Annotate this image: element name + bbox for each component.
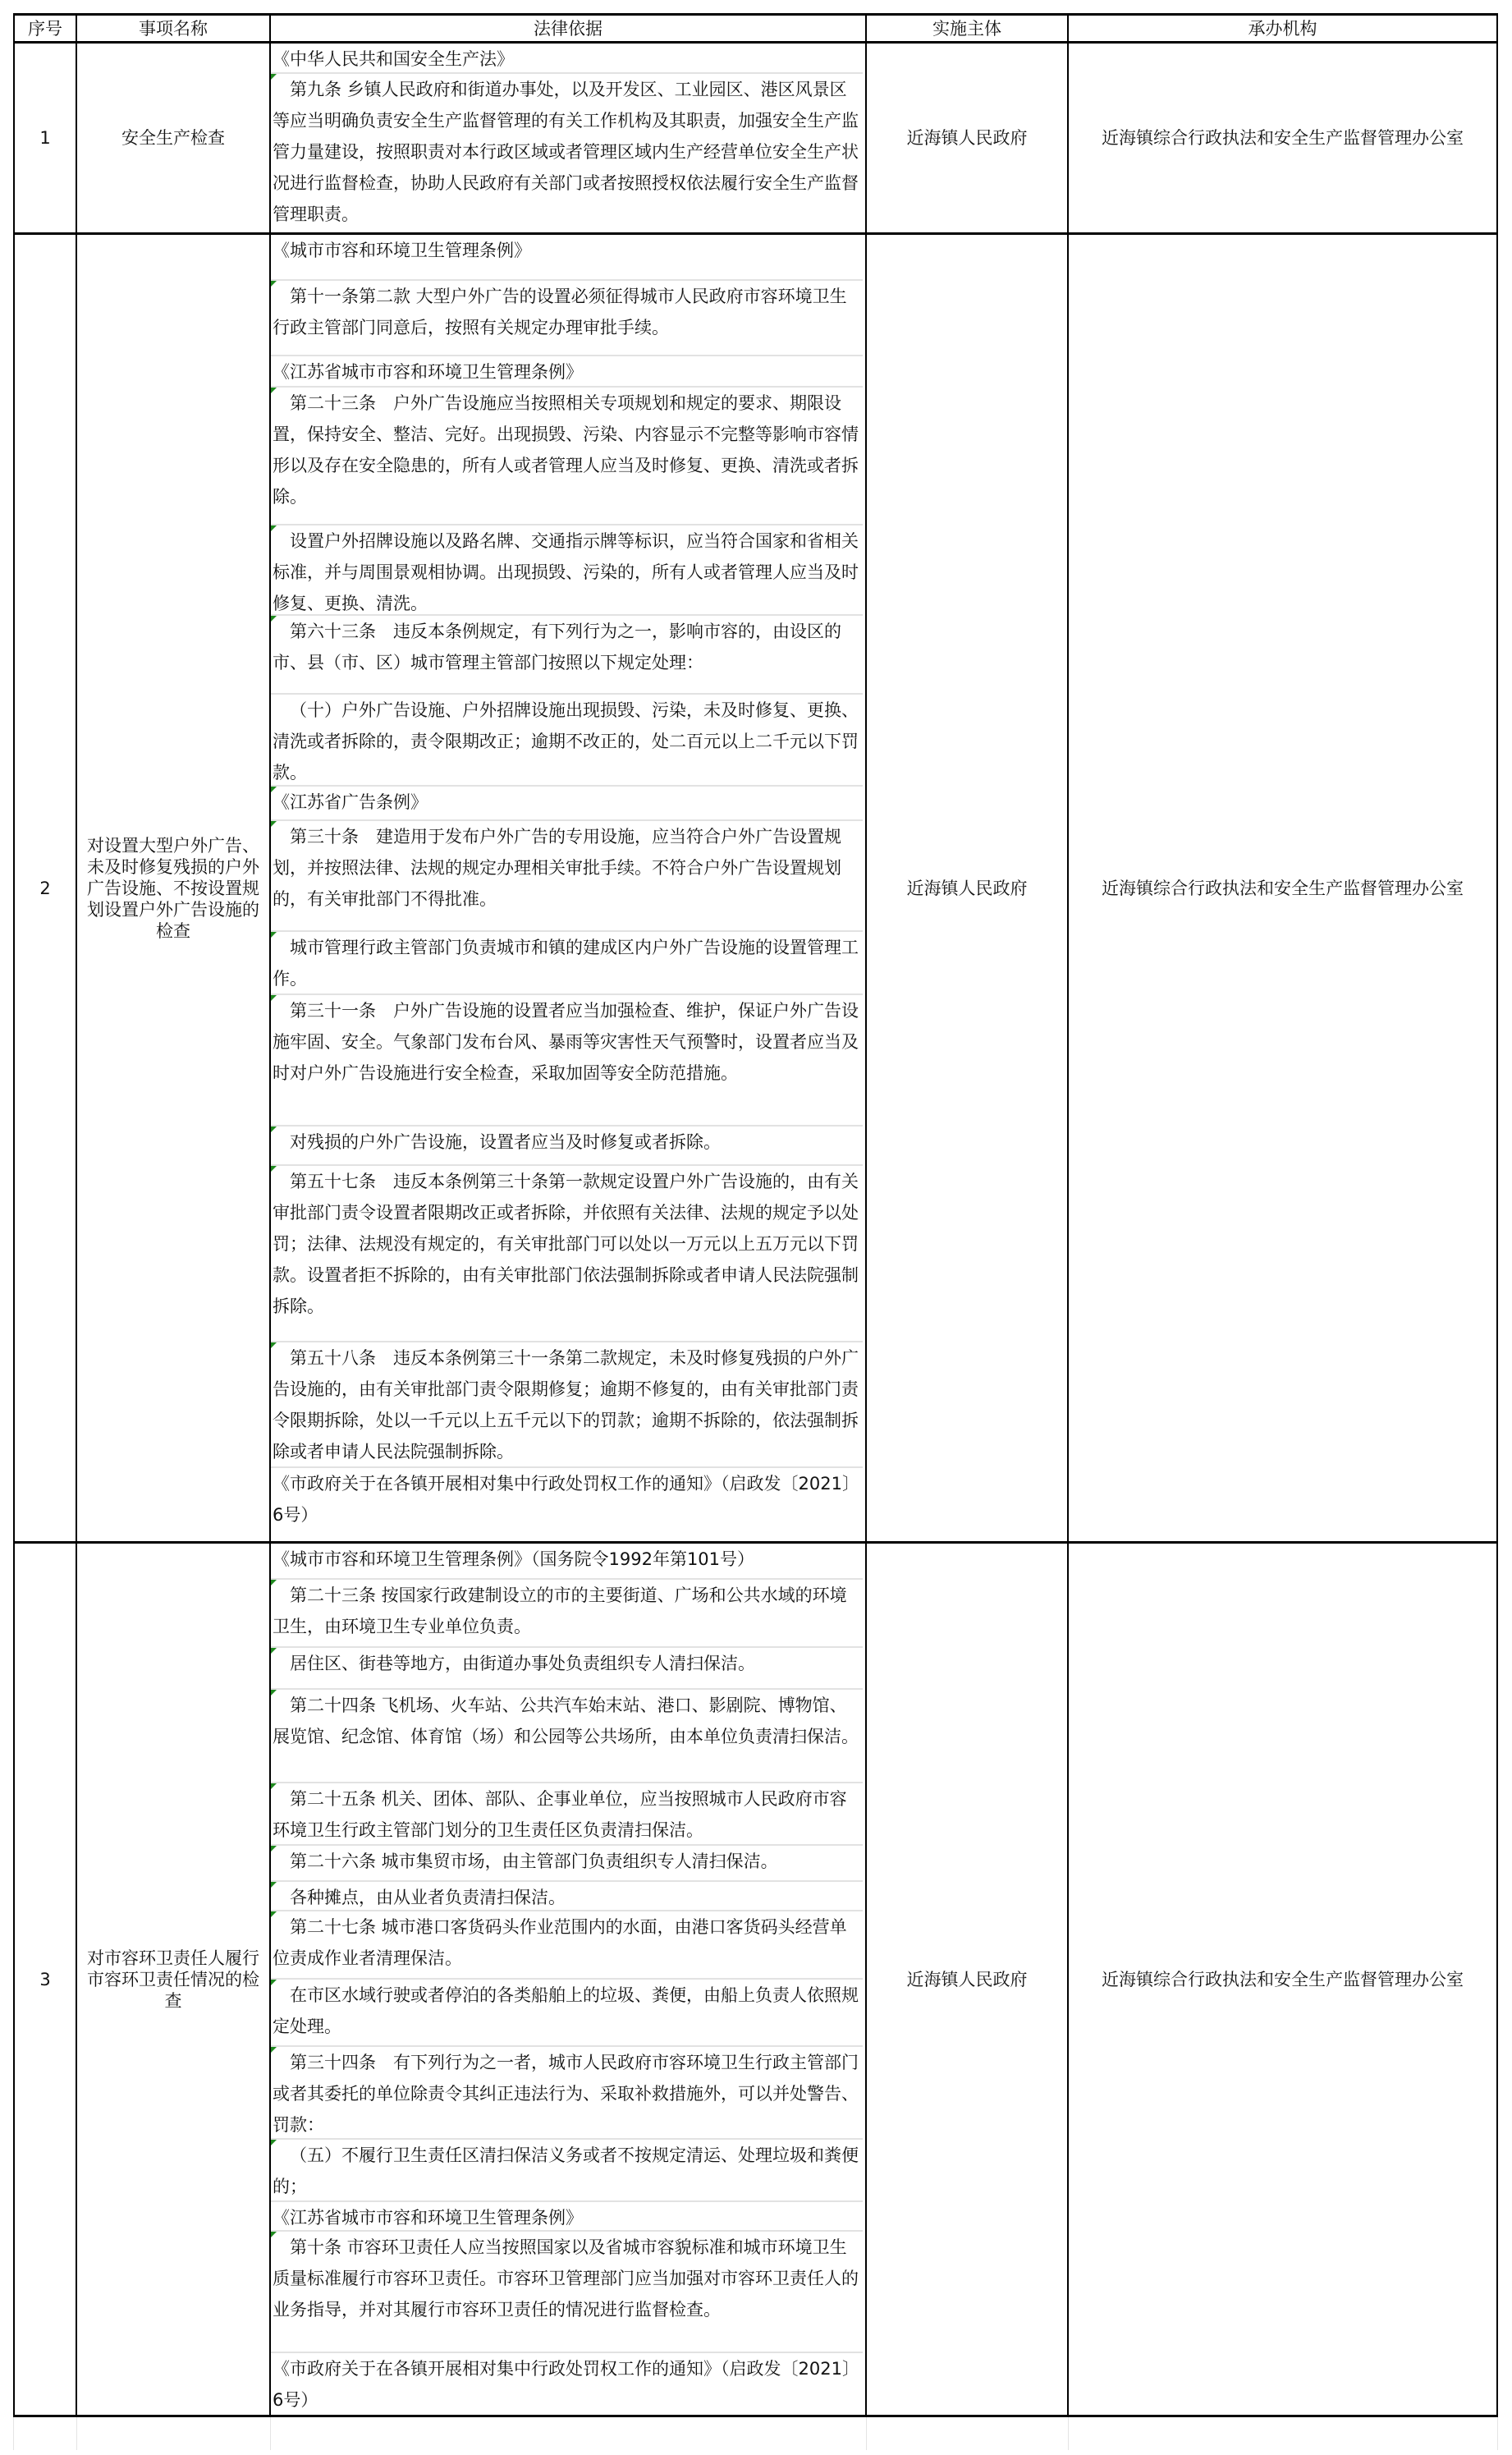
legal-clause: 《城市市容和环境卫生管理条例》（国务院令1992年第101号） — [271, 1544, 863, 1580]
table-header: 序号 事项名称 法律依据 实施主体 承办机构 — [13, 13, 1498, 44]
row-seq: 3 — [13, 1544, 77, 2415]
table-row: 3对市容环卫责任人履行市容环卫责任情况的检查《城市市容和环境卫生管理条例》（国务… — [13, 1544, 1498, 2417]
legal-clause: 第二十六条 城市集贸市场，由主管部门负责组织专人清扫保洁。 — [271, 1846, 863, 1882]
legal-clause: 《市政府关于在各镇开展相对集中行政处罚权工作的通知》（启政发〔2021〕6号） — [271, 1468, 863, 1544]
legal-clause: 第五十八条 违反本条例第三十一条第二款规定，未及时修复残损的户外广告设施的，由有… — [271, 1342, 863, 1468]
legal-clause: 第二十七条 城市港口客货码头作业范围内的水面，由港口客货码头经营单位责成作业者清… — [271, 1911, 863, 1980]
inspection-items-table: 序号 事项名称 法律依据 实施主体 承办机构 1安全生产检查《中华人民共和国安全… — [13, 13, 1498, 2417]
header-law: 法律依据 — [271, 16, 867, 41]
legal-clause: 第二十三条 按国家行政建制设立的市的主要街道、广场和公共水域的环境卫生，由环境卫… — [271, 1580, 863, 1648]
legal-clause: 设置户外招牌设施以及路名牌、交通指示牌等标识，应当符合国家和省相关标准，并与周围… — [271, 525, 863, 616]
row-implementing-body: 近海镇人民政府 — [867, 235, 1069, 1541]
legal-clause: 《城市市容和环境卫生管理条例》 — [271, 235, 863, 281]
legal-clause: 《江苏省城市市容和环境卫生管理条例》 — [271, 2202, 863, 2232]
row-handling-agency: 近海镇综合行政执法和安全生产监督管理办公室 — [1069, 235, 1498, 1541]
legal-clause: 《中华人民共和国安全生产法》 — [271, 44, 863, 74]
table-row: 1安全生产检查《中华人民共和国安全生产法》第九条 乡镇人民政府和街道办事处，以及… — [13, 44, 1498, 235]
legal-clause: 居住区、街巷等地方，由街道办事处负责组织专人清扫保洁。 — [271, 1648, 863, 1690]
row-handling-agency: 近海镇综合行政执法和安全生产监督管理办公室 — [1069, 44, 1498, 232]
row-seq: 1 — [13, 44, 77, 232]
row-implementing-body: 近海镇人民政府 — [867, 44, 1069, 232]
row-item-name: 对市容环卫责任人履行市容环卫责任情况的检查 — [77, 1544, 271, 2415]
legal-clause: 《江苏省广告条例》 — [271, 787, 863, 821]
legal-clause: 第五十七条 违反本条例第三十条第一款规定设置户外广告设施的，由有关审批部门责令设… — [271, 1166, 863, 1342]
header-seq: 序号 — [13, 16, 77, 41]
legal-clause: 第九条 乡镇人民政府和街道办事处，以及开发区、工业园区、港区风景区等应当明确负责… — [271, 74, 863, 235]
row-implementing-body: 近海镇人民政府 — [867, 1544, 1069, 2415]
row-legal-basis: 《中华人民共和国安全生产法》第九条 乡镇人民政府和街道办事处，以及开发区、工业园… — [271, 44, 867, 232]
legal-clause: （五）不履行卫生责任区清扫保洁义务或者不按规定清运、处理垃圾和粪便的； — [271, 2140, 863, 2202]
legal-clause: 对残损的户外广告设施，设置者应当及时修复或者拆除。 — [271, 1127, 863, 1166]
header-name: 事项名称 — [77, 16, 271, 41]
legal-clause: 第二十五条 机关、团体、部队、企事业单位，应当按照城市人民政府市容环境卫生行政主… — [271, 1783, 863, 1846]
legal-clause: 城市管理行政主管部门负责城市和镇的建成区内户外广告设施的设置管理工作。 — [271, 932, 863, 995]
legal-clause: 第六十三条 违反本条例规定，有下列行为之一，影响市容的，由设区的市、县（市、区）… — [271, 616, 863, 695]
row-item-name: 安全生产检查 — [77, 44, 271, 232]
row-seq: 2 — [13, 235, 77, 1541]
legal-clause: 《江苏省城市市容和环境卫生管理条例》 — [271, 356, 863, 388]
legal-clause: 在市区水域行驶或者停泊的各类船舶上的垃圾、粪便，由船上负责人依照规定处理。 — [271, 1980, 863, 2047]
row-legal-basis: 《城市市容和环境卫生管理条例》（国务院令1992年第101号） 第二十三条 按国… — [271, 1544, 867, 2415]
legal-clause: 第十一条第二款 大型户外广告的设置必须征得城市人民政府市容环境卫生行政主管部门同… — [271, 281, 863, 356]
row-handling-agency: 近海镇综合行政执法和安全生产监督管理办公室 — [1069, 1544, 1498, 2415]
legal-clause: （十）户外广告设施、户外招牌设施出现损毁、污染，未及时修复、更换、清洗或者拆除的… — [271, 695, 863, 787]
legal-clause: 第十条 市容环卫责任人应当按照国家以及省城市容貌标准和城市环境卫生质量标准履行市… — [271, 2232, 863, 2353]
legal-clause: 第三十一条 户外广告设施的设置者应当加强检查、维护，保证户外广告设施牢固、安全。… — [271, 995, 863, 1127]
row-legal-basis: 《城市市容和环境卫生管理条例》 第十一条第二款 大型户外广告的设置必须征得城市人… — [271, 235, 867, 1541]
header-agency: 承办机构 — [1069, 16, 1498, 41]
legal-clause: 《市政府关于在各镇开展相对集中行政处罚权工作的通知》（启政发〔2021〕6号） — [271, 2353, 863, 2417]
row-item-name: 对设置大型户外广告、未及时修复残损的户外广告设施、不按设置规划设置户外广告设施的… — [77, 235, 271, 1541]
legal-clause: 第三十条 建造用于发布户外广告的专用设施，应当符合户外广告设置规划，并按照法律、… — [271, 821, 863, 932]
legal-clause: 第二十三条 户外广告设施应当按照相关专项规划和规定的要求、期限设置，保持安全、整… — [271, 388, 863, 525]
legal-clause: 第三十四条 有下列行为之一者，城市人民政府市容环境卫生行政主管部门或者其委托的单… — [271, 2047, 863, 2140]
legal-clause: 各种摊点，由从业者负责清扫保洁。 — [271, 1882, 863, 1911]
table-row: 2对设置大型户外广告、未及时修复残损的户外广告设施、不按设置规划设置户外广告设施… — [13, 235, 1498, 1544]
header-subject: 实施主体 — [867, 16, 1069, 41]
legal-clause: 第二十四条 飞机场、火车站、公共汽车始末站、港口、影剧院、博物馆、展览馆、纪念馆… — [271, 1690, 863, 1783]
empty-trailing-row — [13, 2417, 1498, 2450]
